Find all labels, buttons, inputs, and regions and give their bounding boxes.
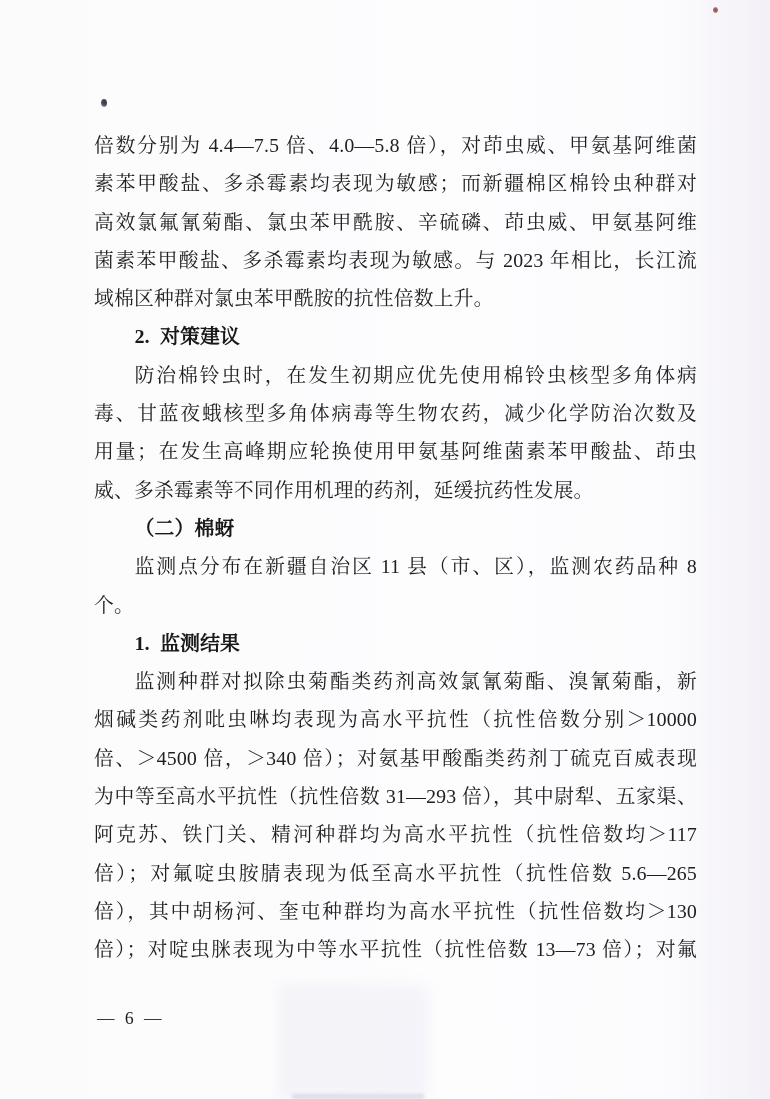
document-body: 倍数分别为 4.4—7.5 倍、4.0—5.8 倍），对茚虫威、甲氨基阿维菌 素… bbox=[94, 127, 697, 970]
page-number: — 6 — bbox=[97, 1003, 162, 1033]
body-line: 素苯甲酸盐、多杀霉素均表现为敏感；而新疆棉区棉铃虫种群对 bbox=[94, 165, 697, 203]
heading-countermeasures: 2. 对策建议 bbox=[94, 318, 697, 356]
body-line: 倍）；对啶虫脒表现为中等水平抗性（抗性倍数 13—73 倍）；对氟 bbox=[94, 931, 697, 969]
scan-shading-strip bbox=[292, 1094, 424, 1099]
body-line: 倍数分别为 4.4—7.5 倍、4.0—5.8 倍），对茚虫威、甲氨基阿维菌 bbox=[94, 127, 697, 165]
heading-monitoring-results: 1. 监测结果 bbox=[94, 625, 697, 663]
scan-shading-band bbox=[278, 985, 428, 1099]
body-line: 高效氯氟氰菊酯、氯虫苯甲酰胺、辛硫磷、茚虫威、甲氨基阿维 bbox=[94, 204, 697, 242]
scan-red-speck-icon bbox=[713, 7, 718, 13]
body-line: 监测种群对拟除虫菊酯类药剂高效氯氰菊酯、溴氰菊酯，新 bbox=[94, 663, 697, 701]
body-line: 阿克苏、铁门关、精河种群均为高水平抗性（抗性倍数均＞117 bbox=[94, 816, 697, 854]
body-line: 为中等至高水平抗性（抗性倍数 31—293 倍），其中尉犁、五家渠、 bbox=[94, 778, 697, 816]
body-line: 监测点分布在新疆自治区 11 县（市、区），监测农药品种 8 bbox=[94, 548, 697, 586]
body-line: 毒、甘蓝夜蛾核型多角体病毒等生物农药，减少化学防治次数及 bbox=[94, 395, 697, 433]
body-line: 威、多杀霉素等不同作用机理的药剂，延缓抗药性发展。 bbox=[94, 472, 697, 510]
body-line: 倍）；对氟啶虫胺腈表现为低至高水平抗性（抗性倍数 5.6—265 bbox=[94, 855, 697, 893]
body-line: 倍、＞4500 倍，＞340 倍）；对氨基甲酸酯类药剂丁硫克百威表现 bbox=[94, 740, 697, 778]
body-line: 倍），其中胡杨河、奎屯种群均为高水平抗性（抗性倍数均＞130 bbox=[94, 893, 697, 931]
scan-speck-icon bbox=[101, 99, 107, 107]
scanned-document-page: 倍数分别为 4.4—7.5 倍、4.0—5.8 倍），对茚虫威、甲氨基阿维菌 素… bbox=[0, 0, 770, 1099]
body-line: 用量；在发生高峰期应轮换使用甲氨基阿维菌素苯甲酸盐、茚虫 bbox=[94, 433, 697, 471]
body-line: 个。 bbox=[94, 587, 697, 625]
body-line: 防治棉铃虫时，在发生初期应优先使用棉铃虫核型多角体病 bbox=[94, 357, 697, 395]
heading-cotton-aphid: （二）棉蚜 bbox=[94, 510, 697, 548]
body-line: 烟碱类药剂吡虫啉均表现为高水平抗性（抗性倍数分别＞10000 bbox=[94, 701, 697, 739]
body-line: 域棉区种群对氯虫苯甲酰胺的抗性倍数上升。 bbox=[94, 280, 697, 318]
body-line: 菌素苯甲酸盐、多杀霉素均表现为敏感。与 2023 年相比，长江流 bbox=[94, 242, 697, 280]
